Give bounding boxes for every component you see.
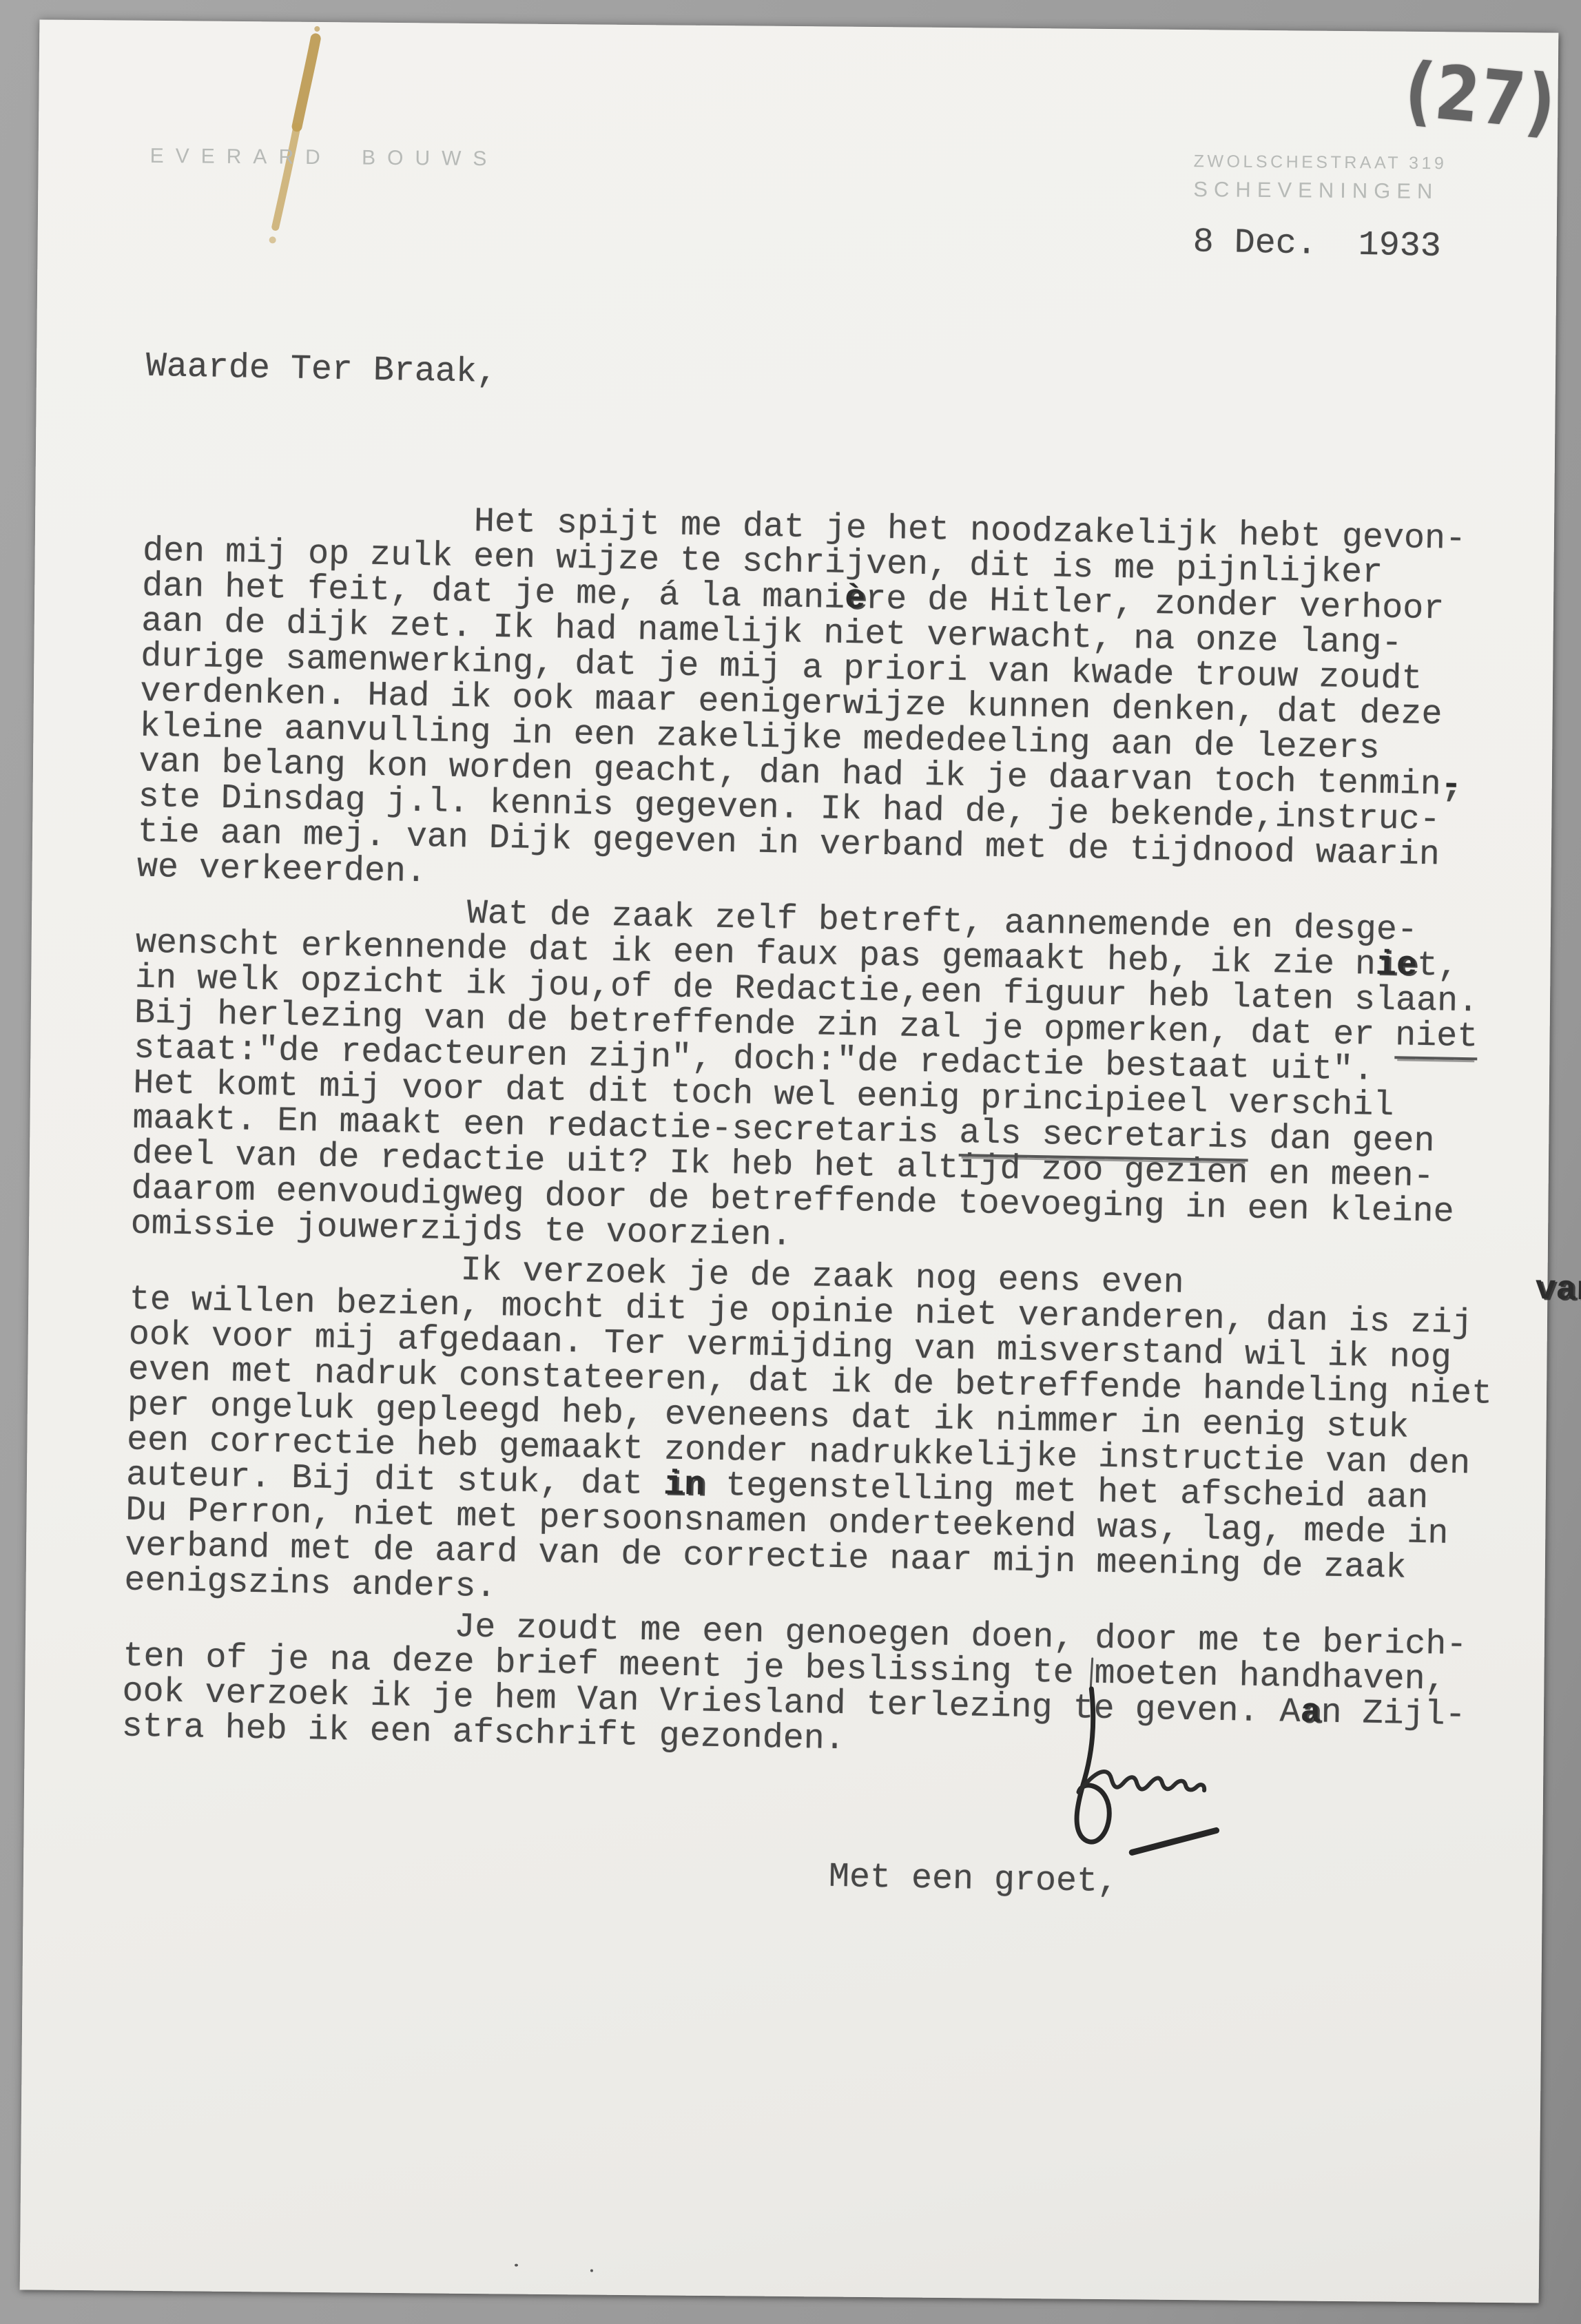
- salutation: Waarde Ter Braak,: [145, 349, 1531, 409]
- letterhead-address-street: ZWOLSCHESTRAAT 319: [1194, 152, 1447, 174]
- paper-speck: [590, 2270, 593, 2272]
- letter-paper: (27) EVERARD BOUWS ZWOLSCHESTRAAT 319 SC…: [20, 19, 1559, 2303]
- paragraph: Wat de zaak zelf betreft, aannemende en …: [130, 891, 1521, 1267]
- letterhead-address-city: SCHEVENINGEN: [1193, 177, 1438, 204]
- paper-speck: [515, 2264, 518, 2267]
- paragraph: Je zoudt me een genoegen doen, door me t…: [121, 1604, 1508, 1770]
- letter-text-block: Waarde Ter Braak, Het spijt me dat je he…: [118, 279, 1532, 1977]
- letterhead-name: EVERARD BOUWS: [150, 145, 499, 171]
- paragraph: Het spijt me dat je het noodzakelijk heb…: [136, 499, 1528, 910]
- letter-date: 8 Dec. 1933: [1192, 222, 1441, 267]
- letter-body: Het spijt me dat je het noodzakelijk heb…: [121, 499, 1528, 1769]
- stain-mark: [241, 23, 333, 251]
- scan-background: { "annotation": { "page_number": "(27)" …: [0, 0, 1581, 2324]
- signature-scrawl-bouws: [1013, 1648, 1277, 1885]
- paragraph: Ik verzoek je de zaak nog eens even vanv…: [124, 1247, 1515, 1623]
- page-number-annotation: (27): [1401, 46, 1560, 147]
